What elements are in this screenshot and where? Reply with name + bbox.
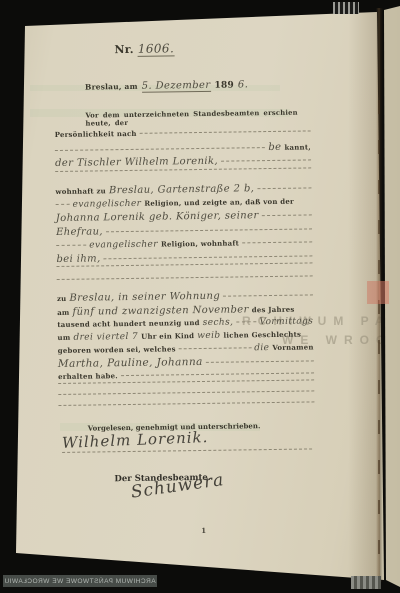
blank-rule (236, 321, 256, 322)
article-handwritten: die (254, 343, 269, 353)
identity-label: Persönlichkeit nach (55, 129, 137, 139)
film-edge-marker-bottom (351, 576, 381, 589)
blank-rule (221, 159, 311, 161)
form-line: zu Breslau, in seiner Wohnung (57, 289, 313, 304)
form-line: Johanna Lorenik geb. Königer, seiner (56, 209, 312, 224)
blank-rule (121, 372, 314, 376)
blank-rule (179, 347, 251, 349)
form-line: Martha, Pauline, Johanna (58, 354, 314, 370)
form-letter-label: A. (15, 25, 25, 35)
film-edge-marker (333, 2, 359, 14)
child-names-handwritten: Martha, Pauline, Johanna (58, 356, 203, 370)
at-handwritten: Breslau, in seiner Wohnung (69, 291, 220, 304)
blank-rule (257, 187, 311, 189)
mother2-handwritten: Ehefrau, (56, 226, 103, 238)
on-label: am (57, 308, 69, 317)
form-line: be kannt, (55, 141, 311, 156)
blank-rule (56, 204, 70, 205)
year-printed: 189 (214, 81, 234, 91)
document-page: RCHIWUM PA WE WROC A. Nr. 1606. Breslau,… (0, 0, 400, 593)
form-line (58, 392, 314, 397)
resident-handwritten: bei ihm, (56, 253, 100, 265)
blank-rule (58, 390, 314, 395)
time-printed2: Uhr ein Kind (141, 331, 194, 341)
form-line: Ehefrau, (56, 223, 312, 238)
place-date-line: Breslau, am 5. Dezember 189 6. (85, 79, 248, 93)
names-label: Vornamen (272, 342, 313, 352)
blank-rule (223, 294, 313, 296)
blank-rule (106, 228, 312, 232)
declarant-signature: Wilhelm Lorenik. (62, 428, 209, 452)
place-label: Breslau, am (85, 82, 138, 92)
binding-stitches (378, 100, 380, 560)
form-line (57, 264, 313, 269)
religion1-printed: Religion, und zeigte an, daß von der (144, 197, 294, 208)
intro-line: Vor dem unterzeichneten Standesbeamten e… (85, 108, 313, 127)
form-line (62, 450, 312, 454)
blank-rule (262, 214, 312, 216)
sex-handwritten: weib (197, 331, 220, 341)
red-archive-stamp (367, 281, 389, 304)
sex-printed: lichen Geschlechts (223, 330, 301, 340)
form-line: tausend acht hundert neunzig und sechs, … (57, 316, 313, 330)
time-handwritten: drei viertel 7 (73, 332, 138, 343)
blank-rule (56, 245, 86, 246)
film-strip-text-mirrored: ARCHIWUM PAŃSTWOWE WE WROCŁAWIU (4, 578, 156, 585)
form-content: A. Nr. 1606. Breslau, am 5. Dezember 189… (0, 0, 400, 593)
blank-rule (206, 360, 314, 363)
nr-value: 1606. (138, 41, 175, 57)
page-number: 1 (201, 526, 206, 535)
on-label2: des Jahres (252, 305, 295, 315)
time-label: um (57, 333, 70, 342)
form-line (57, 277, 313, 282)
form-line (58, 403, 314, 408)
form-line: am fünf und zwanzigsten November des Jah… (57, 303, 313, 318)
residence-handwritten: Breslau, Gartenstraße 2 b, (109, 183, 255, 196)
blank-rule (57, 275, 313, 280)
form-line: evangelischer Religion, und zeigte an, d… (56, 196, 312, 210)
year-suffix-handwritten: 6. (238, 79, 248, 90)
residence-label: wohnhaft zu (55, 186, 106, 196)
year-words-printed: tausend acht hundert neunzig und (57, 318, 199, 329)
mother-handwritten: Johanna Lorenik geb. Königer, seiner (56, 210, 259, 224)
blank-rule (104, 255, 313, 259)
nr-label: Nr. (114, 43, 133, 56)
declarant-handwritten: der Tischler Wilhelm Lorenik, (55, 156, 218, 169)
form-line: um drei viertel 7 Uhr ein Kind weib lich… (57, 329, 313, 343)
blank-rule (140, 130, 311, 133)
religion1-handwritten: evangelischer (73, 199, 142, 210)
at-label: zu (57, 294, 67, 303)
scanned-register-photo: RCHIWUM PA WE WROC A. Nr. 1606. Breslau,… (0, 0, 400, 593)
form-line (55, 169, 311, 174)
blank-rule (55, 147, 265, 151)
record-number-line: Nr. 1606. (114, 41, 174, 57)
film-strip-label: ARCHIWUM PAŃSTWOWE WE WROCŁAWIU (3, 575, 157, 587)
religion2-printed: Religion, wohnhaft (161, 238, 239, 248)
birthdate-handwritten: fünf und zwanzigsten November (72, 304, 248, 317)
known-printed: kannt, (284, 142, 311, 151)
form-line: evangelischer Religion, wohnhaft (56, 237, 312, 251)
known-handwritten: be (268, 142, 281, 153)
blank-rule (58, 401, 314, 406)
form-line (58, 381, 314, 386)
born-printed: geboren worden sei, welches (58, 344, 176, 355)
daytime-handwritten: Vormittags (259, 316, 313, 327)
religion2-handwritten: evangelischer (89, 240, 158, 251)
form-line: wohnhaft zu Breslau, Gartenstraße 2 b, (55, 182, 311, 197)
year-words-handwritten: sechs, (203, 318, 234, 328)
form-line: Persönlichkeit nach (55, 126, 311, 139)
received-printed: erhalten habe. (58, 371, 118, 381)
blank-rule (242, 241, 312, 243)
date-handwritten: 5. Dezember (142, 80, 211, 93)
form-line: der Tischler Wilhelm Lorenik, (55, 154, 311, 169)
